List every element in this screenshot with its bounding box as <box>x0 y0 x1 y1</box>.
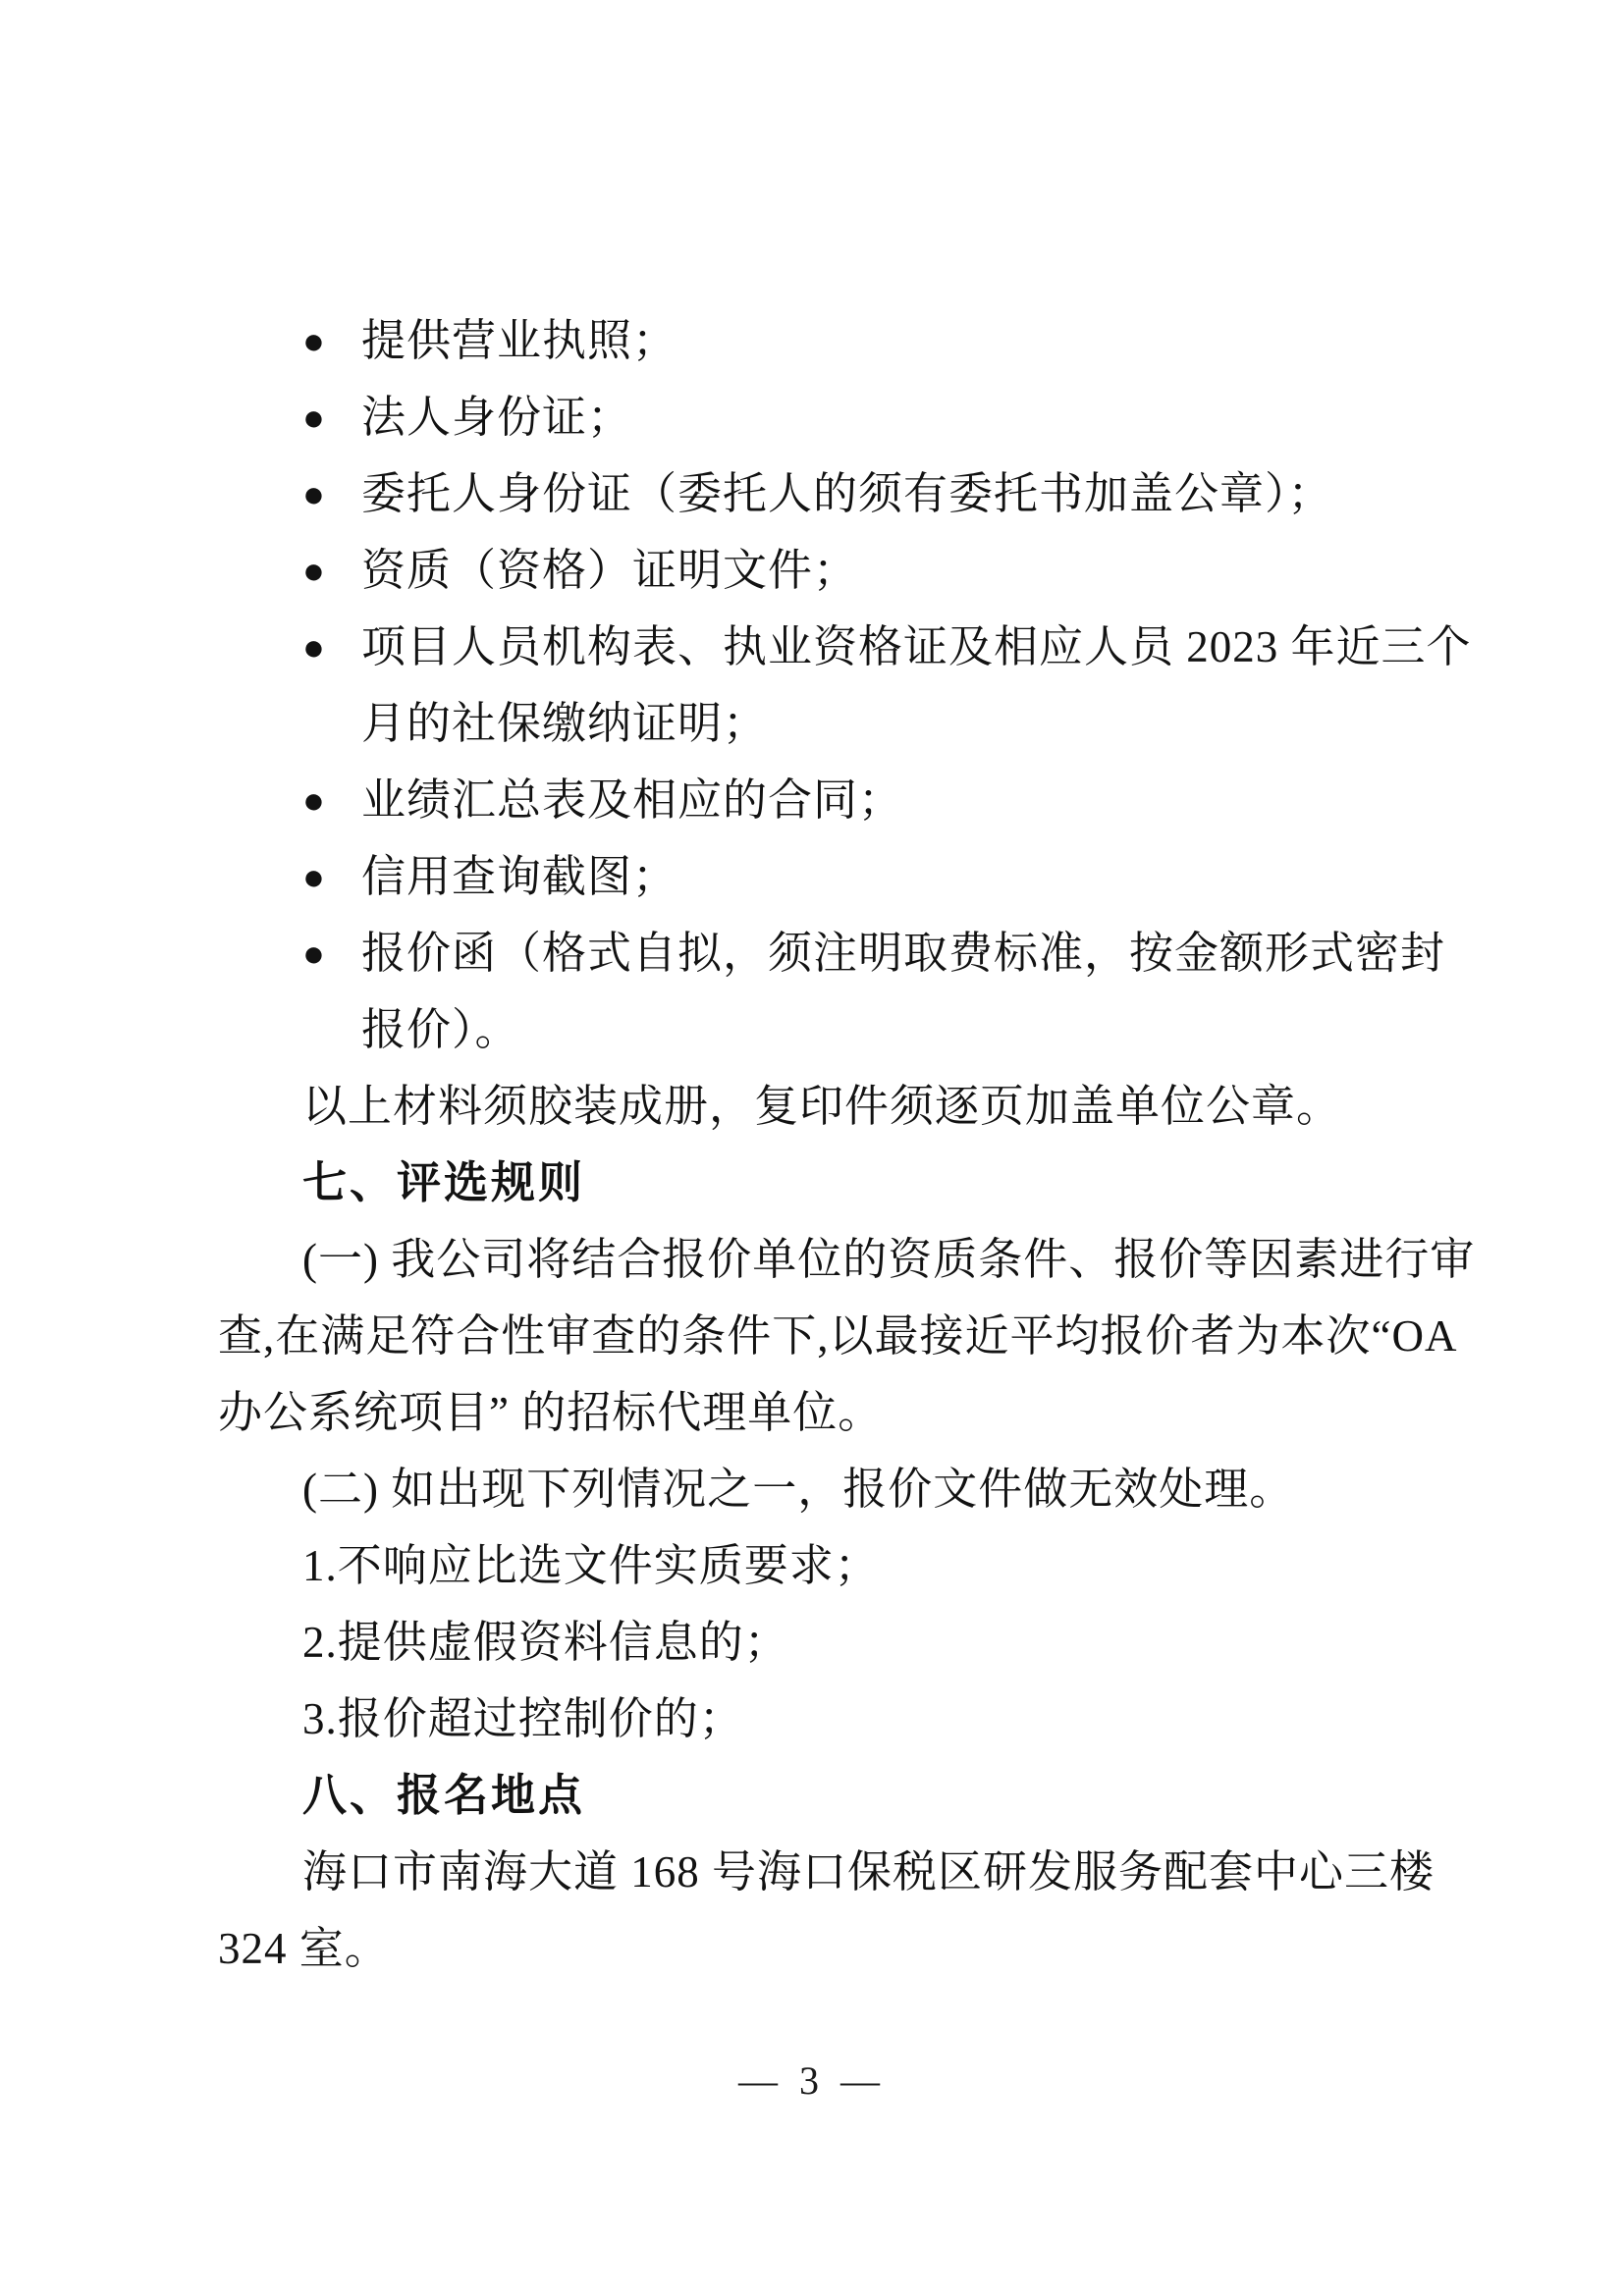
list-item: ●报价函（格式自拟，须注明取费标准，按金额形式密封 <box>302 925 1445 983</box>
section-heading: 七、评选规则 <box>302 1154 585 1211</box>
list-item: ●项目人员机构表、执业资格证及相应人员 2023 年近三个 <box>302 618 1472 676</box>
list-item: ●委托人身份证（委托人的须有委托书加盖公章）； <box>302 465 1333 523</box>
paragraph-line: 324 室。 <box>218 1920 390 1977</box>
bullet-icon: ● <box>302 849 361 906</box>
paragraph-line: 查,在满足符合性审查的条件下,以最接近平均报价者为本次“OA <box>218 1308 1457 1364</box>
list-item: ●业绩汇总表及相应的合同； <box>302 772 903 829</box>
list-item-text: 项目人员机构表、执业资格证及相应人员 2023 年近三个 <box>361 622 1472 671</box>
paragraph-line: 以上材料须胶装成册，复印件须逐页加盖单位公章。 <box>302 1078 1341 1135</box>
list-item-wrap-line: 报价）。 <box>361 1001 520 1058</box>
list-item: ●资质（资格）证明文件； <box>302 542 858 600</box>
list-item-text: 提供营业执照； <box>361 316 677 365</box>
list-item-text: 报价函（格式自拟，须注明取费标准，按金额形式密封 <box>361 929 1445 978</box>
paragraph-line: 办公系统项目” 的招标代理单位。 <box>218 1384 883 1441</box>
list-item-text: 资质（资格）证明文件； <box>361 546 858 595</box>
list-item: ●提供营业执照； <box>302 312 677 370</box>
page-number: — 3 — <box>0 2057 1624 2104</box>
document-page: ●提供营业执照； ●法人身份证； ●委托人身份证（委托人的须有委托书加盖公章）；… <box>0 0 1624 2296</box>
bullet-icon: ● <box>302 390 361 447</box>
bullet-icon: ● <box>302 926 361 983</box>
numbered-item: 1.不响应比选文件实质要求； <box>302 1537 880 1594</box>
bullet-icon: ● <box>302 543 361 600</box>
list-item-text: 委托人身份证（委托人的须有委托书加盖公章）； <box>361 469 1333 518</box>
paragraph-line: 海口市南海大道 168 号海口保税区研发服务配套中心三楼 <box>302 1843 1435 1900</box>
numbered-item: 3.报价超过控制价的； <box>302 1690 744 1747</box>
bullet-icon: ● <box>302 313 361 370</box>
bullet-icon: ● <box>302 619 361 676</box>
list-item: ●信用查询截图； <box>302 848 677 906</box>
paragraph-line: (一) 我公司将结合报价单位的资质条件、报价等因素进行审 <box>302 1231 1475 1288</box>
bullet-icon: ● <box>302 773 361 829</box>
numbered-item: 2.提供虚假资料信息的； <box>302 1614 789 1671</box>
paragraph-line: (二) 如出现下列情况之一，报价文件做无效处理。 <box>302 1461 1294 1518</box>
list-item-text: 信用查询截图； <box>361 852 677 901</box>
section-heading: 八、报名地点 <box>302 1767 585 1824</box>
bullet-icon: ● <box>302 466 361 523</box>
list-item-wrap-line: 月的社保缴纳证明； <box>361 695 768 752</box>
list-item-text: 法人身份证； <box>361 393 632 442</box>
list-item-text: 业绩汇总表及相应的合同； <box>361 775 903 825</box>
list-item: ●法人身份证； <box>302 389 632 447</box>
